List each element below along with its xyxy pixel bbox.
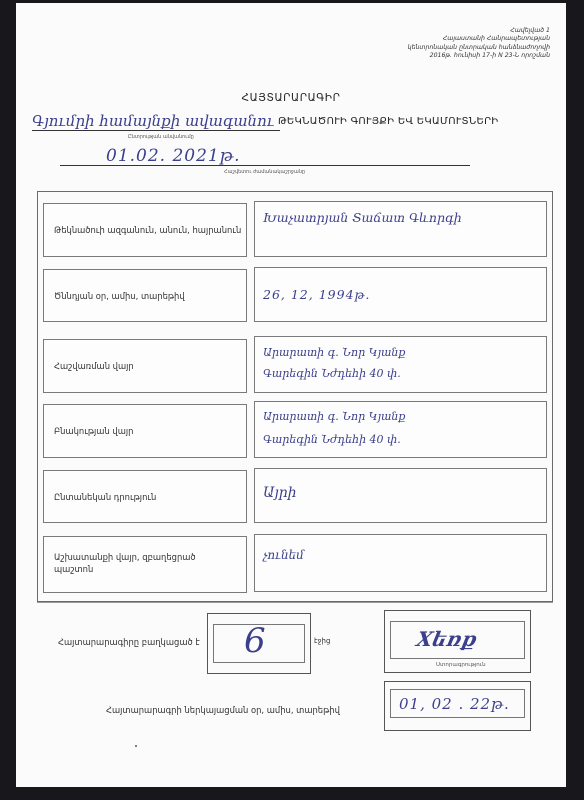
label-marital-status: Ընտանեկան դրություն [54, 491, 156, 503]
appendix-note-line: Հավելված 1 [250, 27, 550, 35]
value-registration-line-1: Արարատի գ. Նոր Կյանք [263, 343, 405, 363]
row-label-cell: Ընտանեկան դրություն [43, 470, 247, 523]
label-workplace: Աշխատանքի վայր, զբաղեցրած պաշտոն [54, 551, 204, 575]
row-value-cell: Այրի [254, 468, 547, 523]
signature-box-inner: Xեռք [390, 621, 525, 659]
value-full-name: Խաչատրյան Տաճատ Գևորգի [263, 208, 462, 228]
appendix-note-line: 2016թ. հունիսի 17-ի N 23-Ն որոշման [250, 52, 550, 60]
value-birth-date: 26, 12, 1994թ. [263, 285, 370, 305]
submission-date-box-inner: 01, 02 . 22թ. [390, 689, 525, 718]
label-full-name: Թեկնածուի ազգանուն, անուն, հայրանուն [54, 224, 241, 236]
value-marital-status: Այրի [263, 483, 297, 503]
value-registration-line-2: Գարեգին Նժդեհի 40 փ. [263, 364, 401, 384]
pages-label: Հայտարարագիրը բաղկացած է [58, 637, 200, 647]
row-value-cell: Արարատի գ. Նոր Կյանք Գարեգին Նժդեհի 40 փ… [254, 401, 547, 458]
row-label-cell: Թեկնածուի ազգանուն, անուն, հայրանուն [43, 203, 247, 257]
value-workplace: չունեմ [263, 545, 304, 565]
election-caption: Ընտրության անվանումը [128, 134, 194, 140]
submission-date-value: 01, 02 . 22թ. [399, 692, 510, 716]
row-value-cell: Արարատի գ. Նոր Կյանք Գարեգին Նժդեհի 40 փ… [254, 336, 547, 393]
label-residence-place: Բնակության վայր [54, 425, 134, 437]
appendix-note-line: Հայաստանի Հանրապետության [250, 35, 550, 43]
label-registration-place: Հաշվառման վայր [54, 360, 134, 372]
row-label-cell: Աշխատանքի վայր, զբաղեցրած պաշտոն [43, 536, 247, 593]
row-value-cell: Խաչատրյան Տաճատ Գևորգի [254, 201, 547, 257]
row-label-cell: Բնակության վայր [43, 404, 247, 458]
pages-box-inner: 6 [213, 624, 305, 663]
value-residence-line-2: Գարեգին Նժդեհի 40 փ. [263, 430, 401, 450]
pages-suffix: էջից [314, 637, 330, 645]
declaration-page: Հավելված 1 Հայաստանի Հանրապետության կենտ… [16, 3, 566, 787]
label-birth-date: Ծննդյան օր, ամիս, տարեթիվ [54, 290, 185, 302]
period-line: 01.02. 2021թ. [60, 146, 470, 166]
row-label-cell: Ծննդյան օր, ամիս, տարեթիվ [43, 269, 247, 322]
period-caption: Հաշվետու ժամանակաշրջանը [224, 169, 305, 175]
row-value-cell: 26, 12, 1994թ. [254, 267, 547, 322]
signature-value: Xեռք [414, 627, 479, 651]
appendix-note-line: կենտրոնական ընտրական հանձնաժողովի [250, 44, 550, 52]
appendix-note: Հավելված 1 Հայաստանի Հանրապետության կենտ… [250, 27, 550, 61]
submission-date-label: Հայտարարագրի ներկայացման օր, ամիս, տարեթ… [106, 705, 340, 715]
signature-caption: Ստորագրություն [436, 662, 486, 668]
row-label-cell: Հաշվառման վայր [43, 339, 247, 393]
document-title: ՀԱՅՏԱՐԱՐԱԳԻՐ [16, 92, 566, 104]
election-printed-heading: ԹԵԿՆԱԾՈՒԻ ԳՈՒՅՔԻ ԵՎ ԵԿԱՄՈՒՏՆԵՐԻ [278, 116, 499, 127]
election-name-handwritten: Գյումրի համայնքի ավագանու [32, 112, 280, 131]
value-residence-line-1: Արարատի գ. Նոր Կյանք [263, 407, 405, 427]
period-handwritten: 01.02. 2021թ. [106, 146, 241, 166]
pages-value: 6 [244, 621, 266, 661]
row-value-cell: չունեմ [254, 534, 547, 592]
paper-speck [135, 745, 137, 747]
